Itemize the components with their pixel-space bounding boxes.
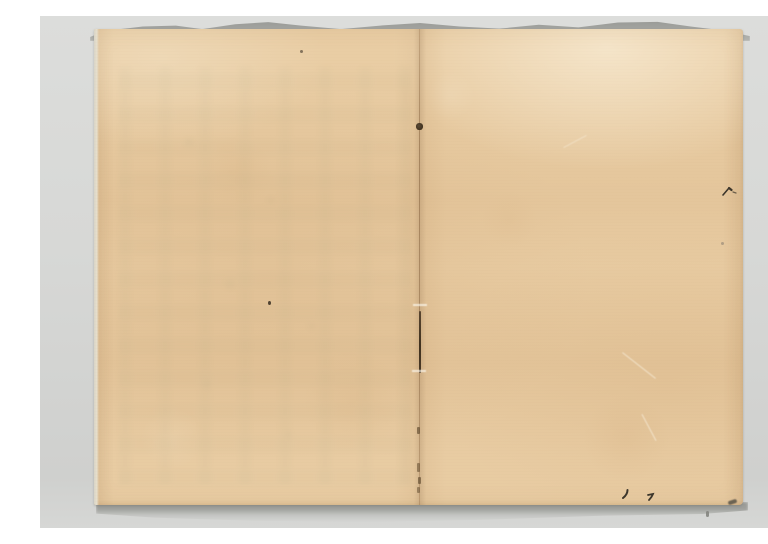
paper-fiber-fleck <box>412 370 426 372</box>
stitch-mark <box>417 427 420 434</box>
ghost-writing-showthrough <box>119 67 411 485</box>
ink-speck <box>268 301 271 305</box>
paper-fiber-fleck <box>413 304 427 306</box>
stitch-mark <box>418 477 421 484</box>
open-notebook <box>94 29 743 505</box>
notebook-photograph: Photograph of an old stitched notebook l… <box>40 16 768 528</box>
pen-tick-mark <box>622 489 629 499</box>
binding-thread <box>419 311 421 373</box>
ink-speck <box>300 50 303 53</box>
stitch-mark <box>417 487 420 493</box>
center-fold-shading <box>394 29 446 505</box>
ink-mark-right-edge <box>722 184 738 198</box>
bottom-cast-shadow <box>96 502 748 522</box>
ink-speck <box>721 242 724 245</box>
pen-tick-mark <box>647 492 655 501</box>
dust-speck <box>706 511 709 517</box>
stitch-hole-top <box>416 123 423 130</box>
stitch-mark <box>417 463 420 472</box>
